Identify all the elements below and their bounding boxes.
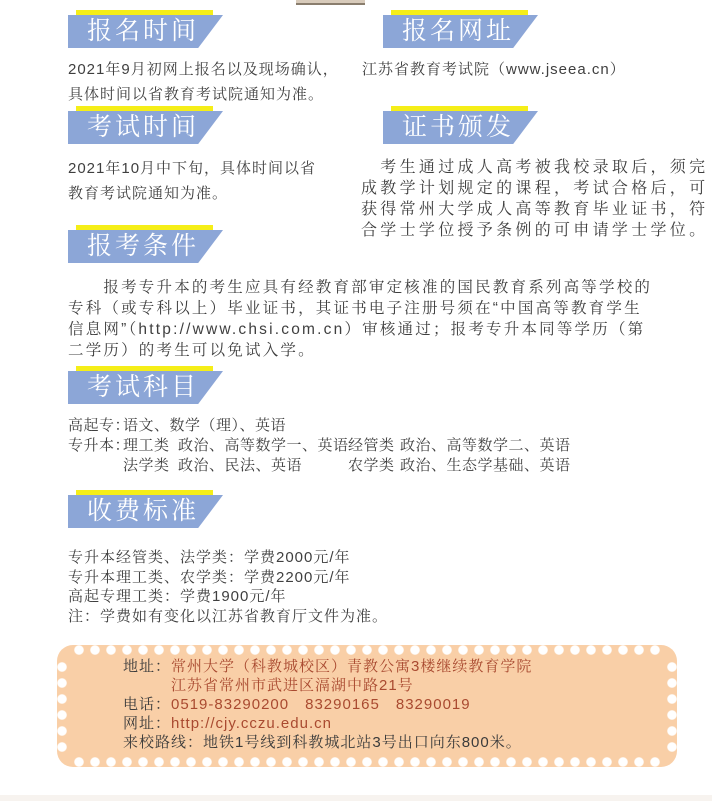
contact-address-line-2: 江苏省常州市武进区滆湖中路21号 xyxy=(123,676,667,695)
text-line: 报考专升本的考生应具有经教育部审定核准的国民教育系列高等学校的 xyxy=(68,277,658,298)
section-banner-conditions: 报考条件 xyxy=(68,225,228,263)
subject-list: 政治、高等数学二、英语 xyxy=(400,436,571,456)
banner-yellow-bar xyxy=(76,10,213,15)
dotted-border-top xyxy=(71,645,663,655)
contact-value: 江苏省常州市武进区滆湖中路21号 xyxy=(171,677,414,694)
category-label: 经管类 xyxy=(348,436,400,456)
contact-website-line: 网址：http://cjy.cczu.edu.cn xyxy=(123,714,667,733)
track-label: 专升本： xyxy=(68,436,123,456)
bottom-edge-strip xyxy=(0,795,712,801)
conditions-body: 报考专升本的考生应具有经教育部审定核准的国民教育系列高等学校的 专科（或专科以上… xyxy=(68,277,658,361)
text-line: 具体时间以省教育考试院通知为准。 xyxy=(68,82,380,107)
category-label: 农学类 xyxy=(348,456,400,476)
section-banner-reg-time: 报名时间 xyxy=(68,10,228,48)
subjects-row-zhuanshengben-2: 法学类 政治、民法、英语 农学类 政治、生态学基础、英语 xyxy=(68,456,708,476)
banner-yellow-bar xyxy=(76,106,213,111)
banner-yellow-bar xyxy=(76,366,213,371)
subject-list: 语文、数学（理）、英语 xyxy=(123,416,286,436)
contact-address-line: 地址：常州大学（科教城校区）青教公寓3楼继续教育学院 xyxy=(123,657,667,676)
fee-line: 专升本理工类、农学类：学费2200元/年 xyxy=(68,568,488,588)
contact-label: 电话： xyxy=(123,696,171,713)
subjects-row-gaoqizhuan: 高起专： 语文、数学（理）、英语 xyxy=(68,416,708,436)
fee-line: 高起专理工类：学费1900元/年 xyxy=(68,587,488,607)
contact-value: 地铁1号线到科教城北站3号出口向东800米。 xyxy=(203,734,522,751)
fee-note: 注：学费如有变化以江苏省教育厅文件为准。 xyxy=(68,607,488,627)
contact-label: 来校路线： xyxy=(123,734,203,751)
section-banner-subjects: 考试科目 xyxy=(68,366,228,404)
text-line: 成教学计划规定的课程，考试合格后，可 xyxy=(361,178,711,199)
text-line: 考生通过成人高考被我校录取后，须完 xyxy=(361,157,711,178)
section-banner-exam-time: 考试时间 xyxy=(68,106,228,144)
exam-time-body: 2021年10月中下旬，具体时间以省 教育考试院通知为准。 xyxy=(68,156,380,206)
reg-time-body: 2021年9月初网上报名以及现场确认， 具体时间以省教育考试院通知为准。 xyxy=(68,57,380,107)
dotted-border-bottom xyxy=(71,757,663,767)
section-title-cert: 证书颁发 xyxy=(383,111,538,144)
contact-label: 网址： xyxy=(123,715,171,732)
section-title-reg-time: 报名时间 xyxy=(68,15,223,48)
contact-route-line: 来校路线：地铁1号线到科教城北站3号出口向东800米。 xyxy=(123,733,667,752)
cropped-ribbon-fragment xyxy=(296,0,365,5)
banner-yellow-bar xyxy=(76,225,213,230)
subjects-table: 高起专： 语文、数学（理）、英语 专升本： 理工类 政治、高等数学一、英语 经管… xyxy=(68,416,708,476)
contact-value: 0519-83290200 83290165 83290019 xyxy=(171,696,471,713)
contact-lines: 地址：常州大学（科教城校区）青教公寓3楼继续教育学院 江苏省常州市武进区滆湖中路… xyxy=(123,657,667,752)
text-line: 2021年9月初网上报名以及现场确认， xyxy=(68,57,380,82)
subject-list: 政治、民法、英语 xyxy=(178,456,348,476)
section-title-subjects: 考试科目 xyxy=(68,371,223,404)
banner-yellow-bar xyxy=(76,490,213,495)
section-banner-reg-site: 报名网址 xyxy=(383,10,543,48)
text-line: 教育考试院通知为准。 xyxy=(68,181,380,206)
category-label: 法学类 xyxy=(123,456,178,476)
reg-site-body: 江苏省教育考试院（www.jseea.cn） xyxy=(362,57,702,82)
contact-value: 常州大学（科教城校区）青教公寓3楼继续教育学院 xyxy=(171,658,532,675)
contact-phone-line: 电话：0519-83290200 83290165 83290019 xyxy=(123,695,667,714)
text-line: 2021年10月中下旬，具体时间以省 xyxy=(68,156,380,181)
subjects-row-zhuanshengben-1: 专升本： 理工类 政治、高等数学一、英语 经管类 政治、高等数学二、英语 xyxy=(68,436,708,456)
fee-line: 专升本经管类、法学类：学费2000元/年 xyxy=(68,548,488,568)
section-title-exam-time: 考试时间 xyxy=(68,111,223,144)
text-line: 江苏省教育考试院（www.jseea.cn） xyxy=(362,57,702,82)
text-line: 专科（或专科以上）毕业证书，其证书电子注册号须在“中国高等教育学生 xyxy=(68,298,658,319)
track-label: 高起专： xyxy=(68,416,123,436)
contact-url: http://cjy.cczu.edu.cn xyxy=(171,715,332,732)
banner-yellow-bar xyxy=(391,10,528,15)
section-title-conditions: 报考条件 xyxy=(68,230,223,263)
dotted-border-left xyxy=(57,659,67,753)
section-title-fees: 收费标准 xyxy=(68,495,223,528)
section-banner-cert: 证书颁发 xyxy=(383,106,543,144)
subject-list: 政治、生态学基础、英语 xyxy=(400,456,571,476)
track-label xyxy=(68,456,123,476)
section-banner-fees: 收费标准 xyxy=(68,490,228,528)
fees-body: 专升本经管类、法学类：学费2000元/年 专升本理工类、农学类：学费2200元/… xyxy=(68,548,488,626)
dotted-border-right xyxy=(667,659,677,753)
contact-box: 地址：常州大学（科教城校区）青教公寓3楼继续教育学院 江苏省常州市武进区滆湖中路… xyxy=(57,645,677,767)
cert-body: 考生通过成人高考被我校录取后，须完 成教学计划规定的课程，考试合格后，可 获得常… xyxy=(361,157,711,241)
subject-list: 政治、高等数学一、英语 xyxy=(178,436,348,456)
admissions-flyer: 报名时间 2021年9月初网上报名以及现场确认， 具体时间以省教育考试院通知为准… xyxy=(0,0,712,801)
text-line: 二学历）的考生可以免试入学。 xyxy=(68,340,658,361)
category-label: 理工类 xyxy=(123,436,178,456)
section-title-reg-site: 报名网址 xyxy=(383,15,538,48)
banner-yellow-bar xyxy=(391,106,528,111)
contact-label: 地址： xyxy=(123,658,171,675)
text-line: 信息网”（http://www.chsi.com.cn）审核通过；报考专升本同等… xyxy=(68,319,658,340)
text-line: 合学士学位授予条例的可申请学士学位。 xyxy=(361,220,711,241)
text-line: 获得常州大学成人高等教育毕业证书，符 xyxy=(361,199,711,220)
